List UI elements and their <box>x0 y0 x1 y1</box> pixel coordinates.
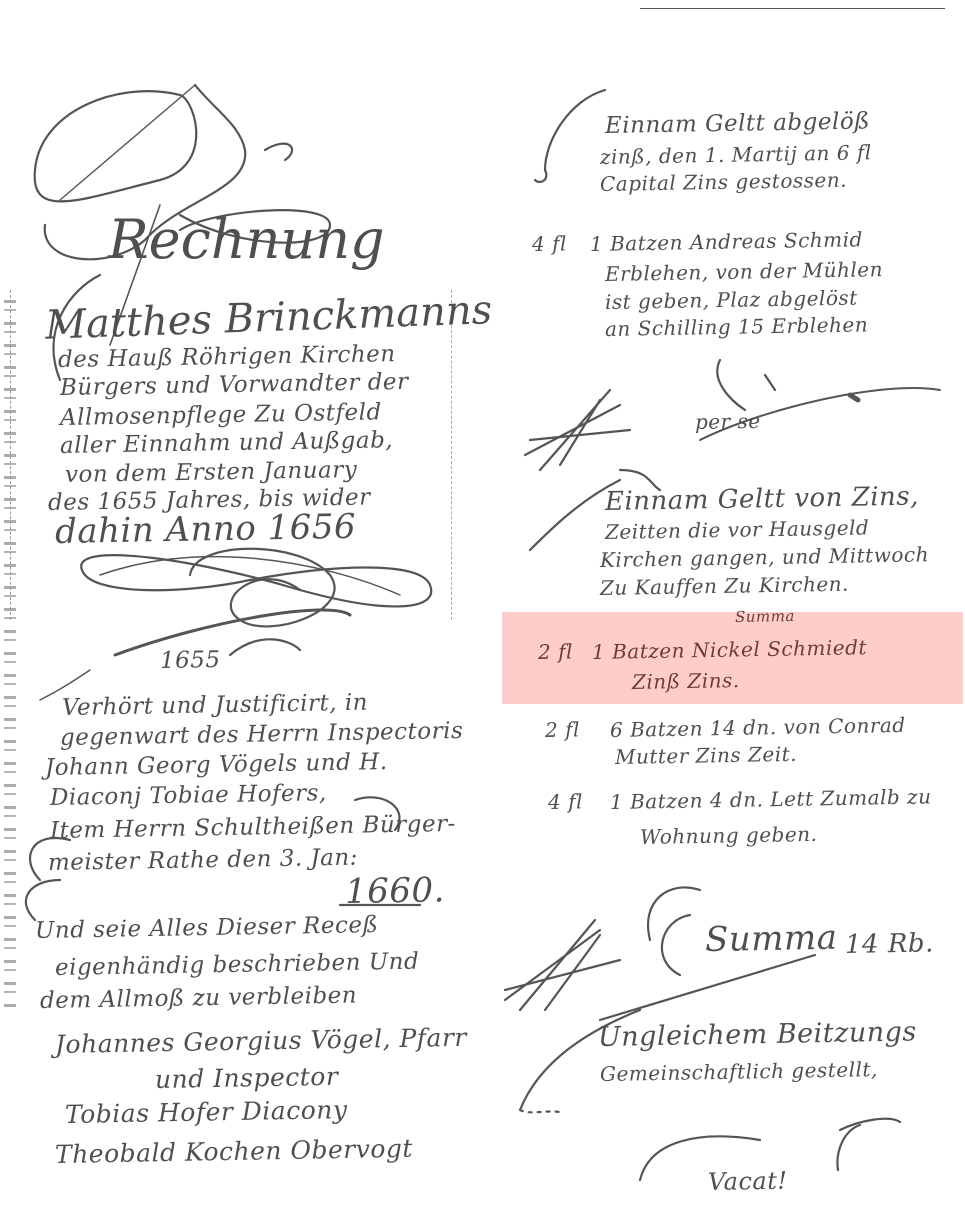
closing-line: dem Allmoß zu verbleiben <box>40 982 358 1014</box>
highlighted-entry-line: Zinß Zins. <box>632 668 740 694</box>
total-label: Summa <box>705 918 838 960</box>
top-edge-rule <box>640 8 945 9</box>
subtotal-mark: per se <box>695 409 761 434</box>
entry-1-line: Capital Zins gestossen. <box>600 168 847 196</box>
audit-line: Verhört und Justificirt, in <box>62 690 368 721</box>
highlighted-note-above: Summa <box>735 607 795 626</box>
total-value: 14 Rb. <box>845 928 934 960</box>
signature-line: und Inspector <box>155 1062 339 1094</box>
entry-1-line: Einnam Geltt abgelöß <box>605 108 870 139</box>
entry-5-line: Wohnung geben. <box>640 822 818 849</box>
entry-2-amount: 4 fl <box>532 231 567 256</box>
manuscript-page: Rechnung Matthes Brinckmanns des Hauß Rö… <box>0 0 965 1209</box>
closing-line: eigenhändig beschrieben Und <box>55 949 420 981</box>
document-title: Rechnung <box>108 208 385 271</box>
audit-line: Item Herrn Schultheißen Bürger- <box>50 811 456 844</box>
entry-2-line: an Schilling 15 Erblehen <box>605 312 869 341</box>
signature-line: Johannes Georgius Vögel, Pfarr <box>55 1023 467 1059</box>
audit-line: Johann Georg Vögels und H. <box>45 749 388 781</box>
entry-3-line: Zeitten die vor Hausgeld <box>605 515 870 544</box>
audit-date-year: 1660. <box>345 870 446 912</box>
year-heading: 1655 <box>160 647 221 674</box>
entry-5-line: 1 Batzen 4 dn. Lett Zumalb zu <box>610 784 932 814</box>
closing-line: Und seie Alles Dieser Receß <box>35 912 379 944</box>
signature-line: Tobias Hofer Diacony <box>65 1095 348 1129</box>
signature-line: Theobald Kochen Obervogt <box>55 1134 413 1169</box>
intro-line-year: dahin Anno 1656 <box>55 507 357 552</box>
footer-line: Gemeinschaftlich gestellt, <box>600 1057 878 1086</box>
highlighted-entry-line: 1 Batzen Nickel Schmiedt <box>592 635 867 664</box>
initial-r-bowl-icon <box>35 91 197 201</box>
entry-3-line: Zu Kauffen Zu Kirchen. <box>600 572 849 600</box>
entry-2-line: Erblehen, von der Mühlen <box>605 257 883 286</box>
entry-4-line: Mutter Zins Zeit. <box>615 742 797 769</box>
entry-3-line: Einnam Geltt von Zins, <box>605 482 919 517</box>
closing-vacat: Vacat! <box>708 1167 788 1196</box>
audit-line: gegenwart des Herrn Inspectoris <box>60 718 464 751</box>
footer-line: Ungleichem Beitzungs <box>598 1016 917 1053</box>
audit-line: Diaconj Tobiae Hofers, <box>50 780 327 811</box>
entry-3-line: Kirchen gangen, und Mittwoch <box>600 542 929 572</box>
entry-2-line: 1 Batzen Andreas Schmid <box>590 227 863 256</box>
entry-4-amount: 2 fl <box>545 717 580 742</box>
entry-4-line: 6 Batzen 14 dn. von Conrad <box>610 713 906 742</box>
entry-1-line: zinß, den 1. Martij an 6 fl <box>600 140 872 169</box>
highlighted-entry-amount: 2 fl <box>538 639 573 664</box>
audit-line: meister Rathe den 3. Jan: <box>48 845 358 876</box>
entry-2-line: ist geben, Plaz abgelöst <box>605 286 858 314</box>
entry-5-amount: 4 fl <box>548 789 583 814</box>
intro-line: von dem Ersten January <box>65 457 358 488</box>
